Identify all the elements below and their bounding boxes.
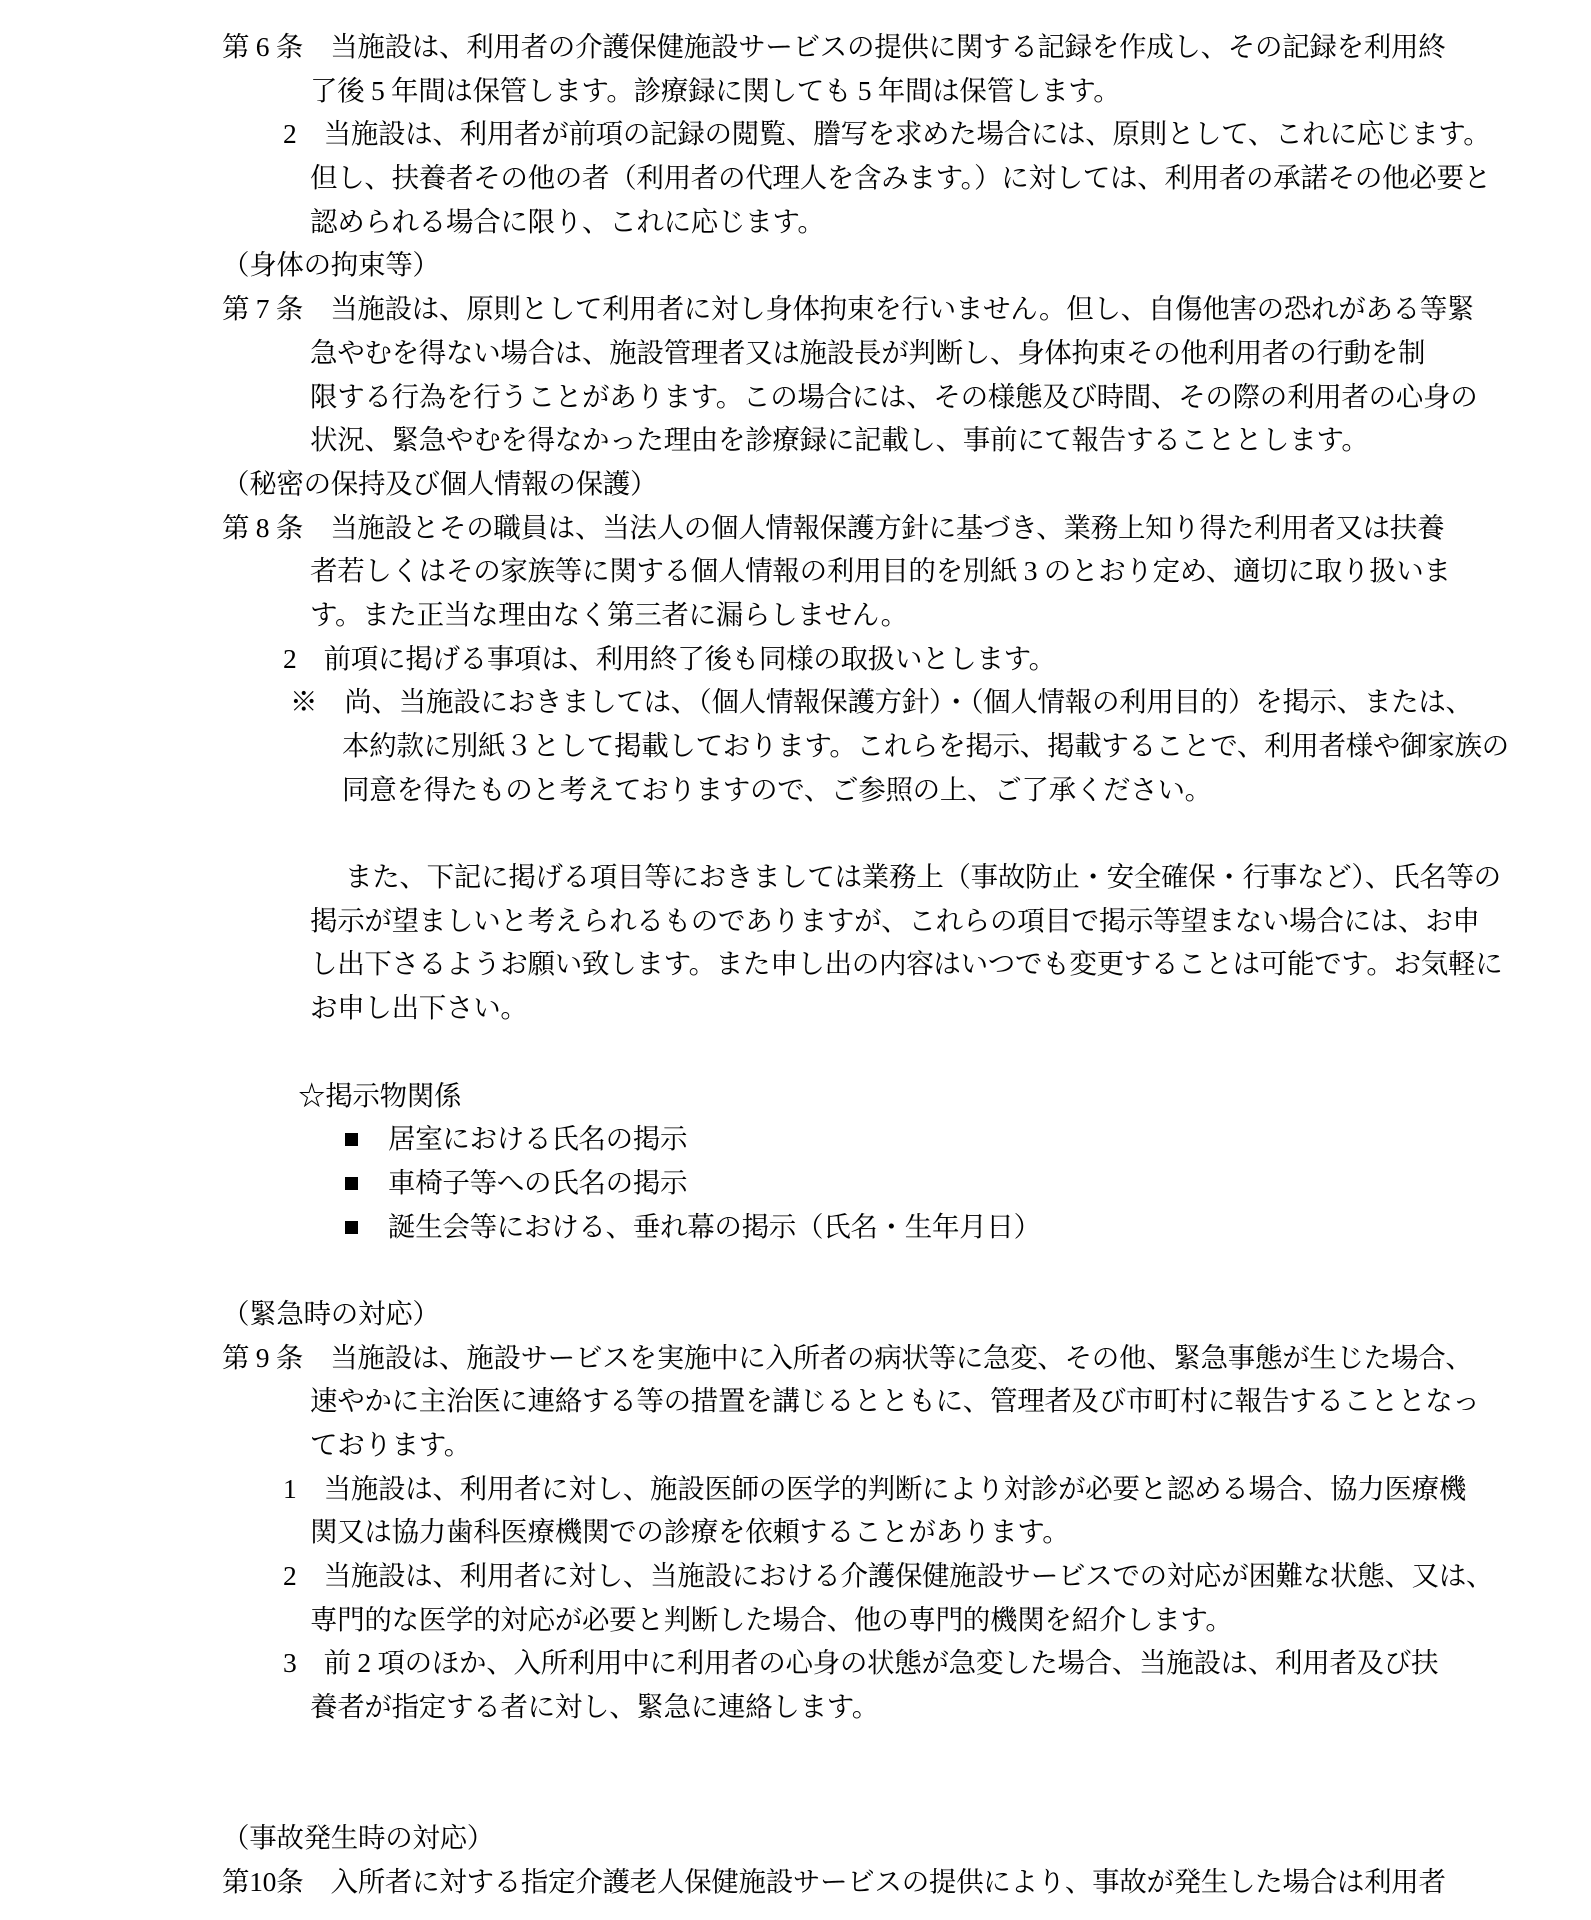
article-9-item-3-line: 養者が指定する者に対し、緊急に連絡します。 [0,1685,1591,1729]
blank-line [0,1729,1591,1773]
article-7-line: 状況、緊急やむを得なかった理由を診療録に記載し、事前にて報告することとします。 [0,418,1591,462]
section-heading-restraint: （身体の拘束等） [0,243,1591,287]
blank-line [0,811,1591,855]
section-heading-emergency: （緊急時の対応） [0,1292,1591,1336]
note-line: 本約款に別紙３として掲載しております。これらを掲示、掲載することで、利用者様や御… [0,724,1591,768]
section-heading-privacy: （秘密の保持及び個人情報の保護） [0,462,1591,506]
article-9-item-3-line: 3 前 2 項のほか、入所利用中に利用者の心身の状態が急変した場合、当施設は、利… [0,1641,1591,1685]
list-item: 車椅子等への氏名の掲示 [0,1161,1591,1205]
square-bullet-icon [345,1177,358,1190]
section-heading-accident: （事故発生時の対応） [0,1816,1591,1860]
note-paragraph-line: し出下さるようお願い致します。また申し出の内容はいつでも変更することは可能です。… [0,942,1591,986]
article-9-line: 第 9 条 当施設は、施設サービスを実施中に入所者の病状等に急変、その他、緊急事… [0,1336,1591,1380]
document-page: 第 6 条 当施設は、利用者の介護保健施設サービスの提供に関する記録を作成し、そ… [0,0,1591,1920]
article-9-line: ております。 [0,1423,1591,1467]
article-9-item-2-line: 2 当施設は、利用者に対し、当施設における介護保健施設サービスでの対応が困難な状… [0,1554,1591,1598]
article-7-line: 急やむを得ない場合は、施設管理者又は施設長が判断し、身体拘束その他利用者の行動を… [0,331,1591,375]
article-10-line: 第10条 入所者に対する指定介護老人保健施設サービスの提供により、事故が発生した… [0,1860,1591,1904]
article-6-line: 第 6 条 当施設は、利用者の介護保健施設サービスの提供に関する記録を作成し、そ… [0,25,1591,69]
article-6-item-2-line: 但し、扶養者その他の者（利用者の代理人を含みます。）に対しては、利用者の承諾その… [0,156,1591,200]
square-bullet-icon [345,1221,358,1234]
list-item-text: 車椅子等への氏名の掲示 [388,1167,687,1198]
article-8-line: 者若しくはその家族等に関する個人情報の利用目的を別紙 3 のとおり定め、適切に取… [0,549,1591,593]
note-paragraph-line: 掲示が望ましいと考えられるものでありますが、これらの項目で掲示等望まない場合には… [0,899,1591,943]
article-8-line: す。また正当な理由なく第三者に漏らしません。 [0,593,1591,637]
list-item: 誕生会等における、垂れ幕の掲示（氏名・生年月日） [0,1205,1591,1249]
article-6-item-2-line: 認められる場合に限り、これに応じます。 [0,200,1591,244]
article-7-line: 第 7 条 当施設は、原則として利用者に対し身体拘束を行いません。但し、自傷他害… [0,287,1591,331]
list-item-text: 居室における氏名の掲示 [388,1123,687,1154]
article-6-line: 了後 5 年間は保管します。診療録に関しても 5 年間は保管します。 [0,69,1591,113]
article-9-line: 速やかに主治医に連絡する等の措置を講じるとともに、管理者及び市町村に報告すること… [0,1379,1591,1423]
blank-line [0,1030,1591,1074]
note-line: ※ 尚、当施設におきましては、（個人情報保護方針）・（個人情報の利用目的）を掲示… [0,680,1591,724]
posted-items-heading: ☆掲示物関係 [0,1074,1591,1118]
article-8-item-2-line: 2 前項に掲げる事項は、利用終了後も同様の取扱いとします。 [0,637,1591,681]
article-6-item-2-line: 2 当施設は、利用者が前項の記録の閲覧、謄写を求めた場合には、原則として、これに… [0,112,1591,156]
list-item: 居室における氏名の掲示 [0,1117,1591,1161]
article-9-item-1-line: 関又は協力歯科医療機関での診療を依頼することがあります。 [0,1510,1591,1554]
square-bullet-icon [345,1133,358,1146]
article-9-item-2-line: 専門的な医学的対応が必要と判断した場合、他の専門的機関を紹介します。 [0,1598,1591,1642]
note-paragraph-line: また、下記に掲げる項目等におきましては業務上（事故防止・安全確保・行事など）、氏… [0,855,1591,899]
article-9-item-1-line: 1 当施設は、利用者に対し、施設医師の医学的判断により対診が必要と認める場合、協… [0,1467,1591,1511]
list-item-text: 誕生会等における、垂れ幕の掲示（氏名・生年月日） [388,1211,1041,1242]
article-8-line: 第 8 条 当施設とその職員は、当法人の個人情報保護方針に基づき、業務上知り得た… [0,506,1591,550]
blank-line [0,1248,1591,1292]
note-paragraph-line: お申し出下さい。 [0,986,1591,1030]
article-7-line: 限する行為を行うことがあります。この場合には、その様態及び時間、その際の利用者の… [0,375,1591,419]
note-line: 同意を得たものと考えておりますので、ご参照の上、ご了承ください。 [0,768,1591,812]
blank-line [0,1773,1591,1817]
